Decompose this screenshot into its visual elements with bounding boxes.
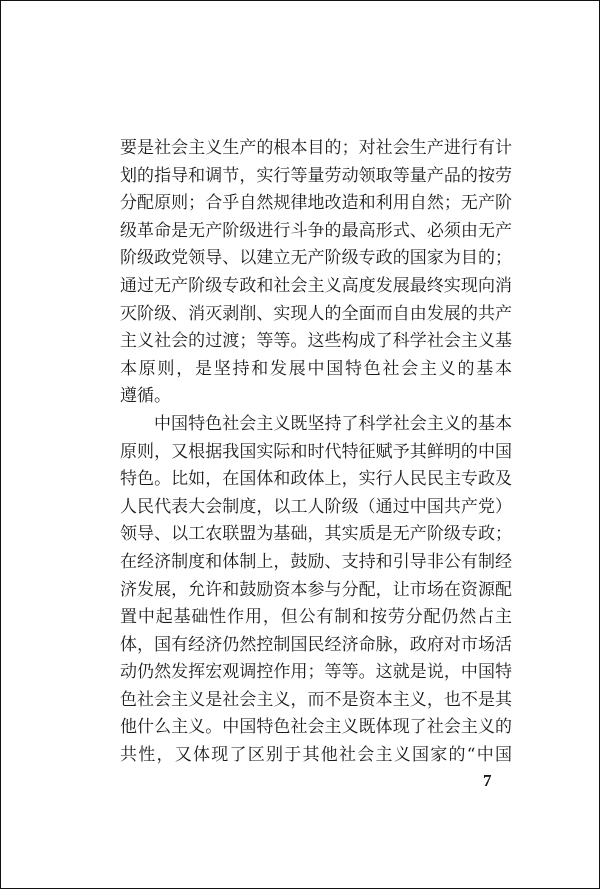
text-line: 在经济制度和体制上，鼓励、支持和引导非公有制经 xyxy=(120,549,512,577)
text-line: 他什么主义。中国特色社会主义既体现了社会主义的 xyxy=(120,714,512,742)
book-page: 要是社会主义生产的根本目的；对社会生产进行有计 划的指导和调节，实行等量劳动领取… xyxy=(0,0,600,889)
text-line: 通过无产阶级专政和社会主义高度发展最终实现向消 xyxy=(120,273,512,301)
text-line: 分配原则；合乎自然规律地改造和利用自然；无产阶 xyxy=(120,190,512,218)
text-line: 级革命是无产阶级进行斗争的最高形式、必须由无产 xyxy=(120,218,512,246)
page-number: 7 xyxy=(483,771,492,791)
text-line: 济发展，允许和鼓励资本参与分配，让市场在资源配 xyxy=(120,577,512,605)
body-text: 要是社会主义生产的根本目的；对社会生产进行有计 划的指导和调节，实行等量劳动领取… xyxy=(120,135,512,770)
text-line: 中国特色社会主义既坚持了科学社会主义的基本 xyxy=(120,411,512,439)
paragraph-1: 要是社会主义生产的根本目的；对社会生产进行有计 划的指导和调节，实行等量劳动领取… xyxy=(120,135,512,411)
text-line: 特色。比如，在国体和政体上，实行人民民主专政及 xyxy=(120,466,512,494)
text-line: 人民代表大会制度，以工人阶级（通过中国共产党） xyxy=(120,494,512,522)
text-line: 遵循。 xyxy=(120,383,512,411)
text-line: 领导、以工农联盟为基础，其实质是无产阶级专政； xyxy=(120,521,512,549)
text-line: 置中起基础性作用，但公有制和按劳分配仍然占主 xyxy=(120,604,512,632)
text-line: 原则，又根据我国实际和时代特征赋予其鲜明的中国 xyxy=(120,439,512,467)
text-line: 要是社会主义生产的根本目的；对社会生产进行有计 xyxy=(120,135,512,163)
text-line: 色社会主义是社会主义，而不是资本主义，也不是其 xyxy=(120,687,512,715)
paragraph-2: 中国特色社会主义既坚持了科学社会主义的基本 原则，又根据我国实际和时代特征赋予其… xyxy=(120,411,512,770)
text-line: 划的指导和调节，实行等量劳动领取等量产品的按劳 xyxy=(120,163,512,191)
text-line: 体，国有经济仍然控制国民经济命脉，政府对市场活 xyxy=(120,632,512,660)
text-line: 本原则，是坚持和发展中国特色社会主义的基本 xyxy=(120,356,512,384)
text-line: 动仍然发挥宏观调控作用；等等。这就是说，中国特 xyxy=(120,659,512,687)
text-line: 阶级政党领导、以建立无产阶级专政的国家为目的； xyxy=(120,245,512,273)
text-line: 主义社会的过渡；等等。这些构成了科学社会主义基 xyxy=(120,328,512,356)
text-line: 灭阶级、消灭剥削、实现人的全面而自由发展的共产 xyxy=(120,301,512,329)
text-line: 共性，又体现了区别于其他社会主义国家的“中国 xyxy=(120,742,512,770)
